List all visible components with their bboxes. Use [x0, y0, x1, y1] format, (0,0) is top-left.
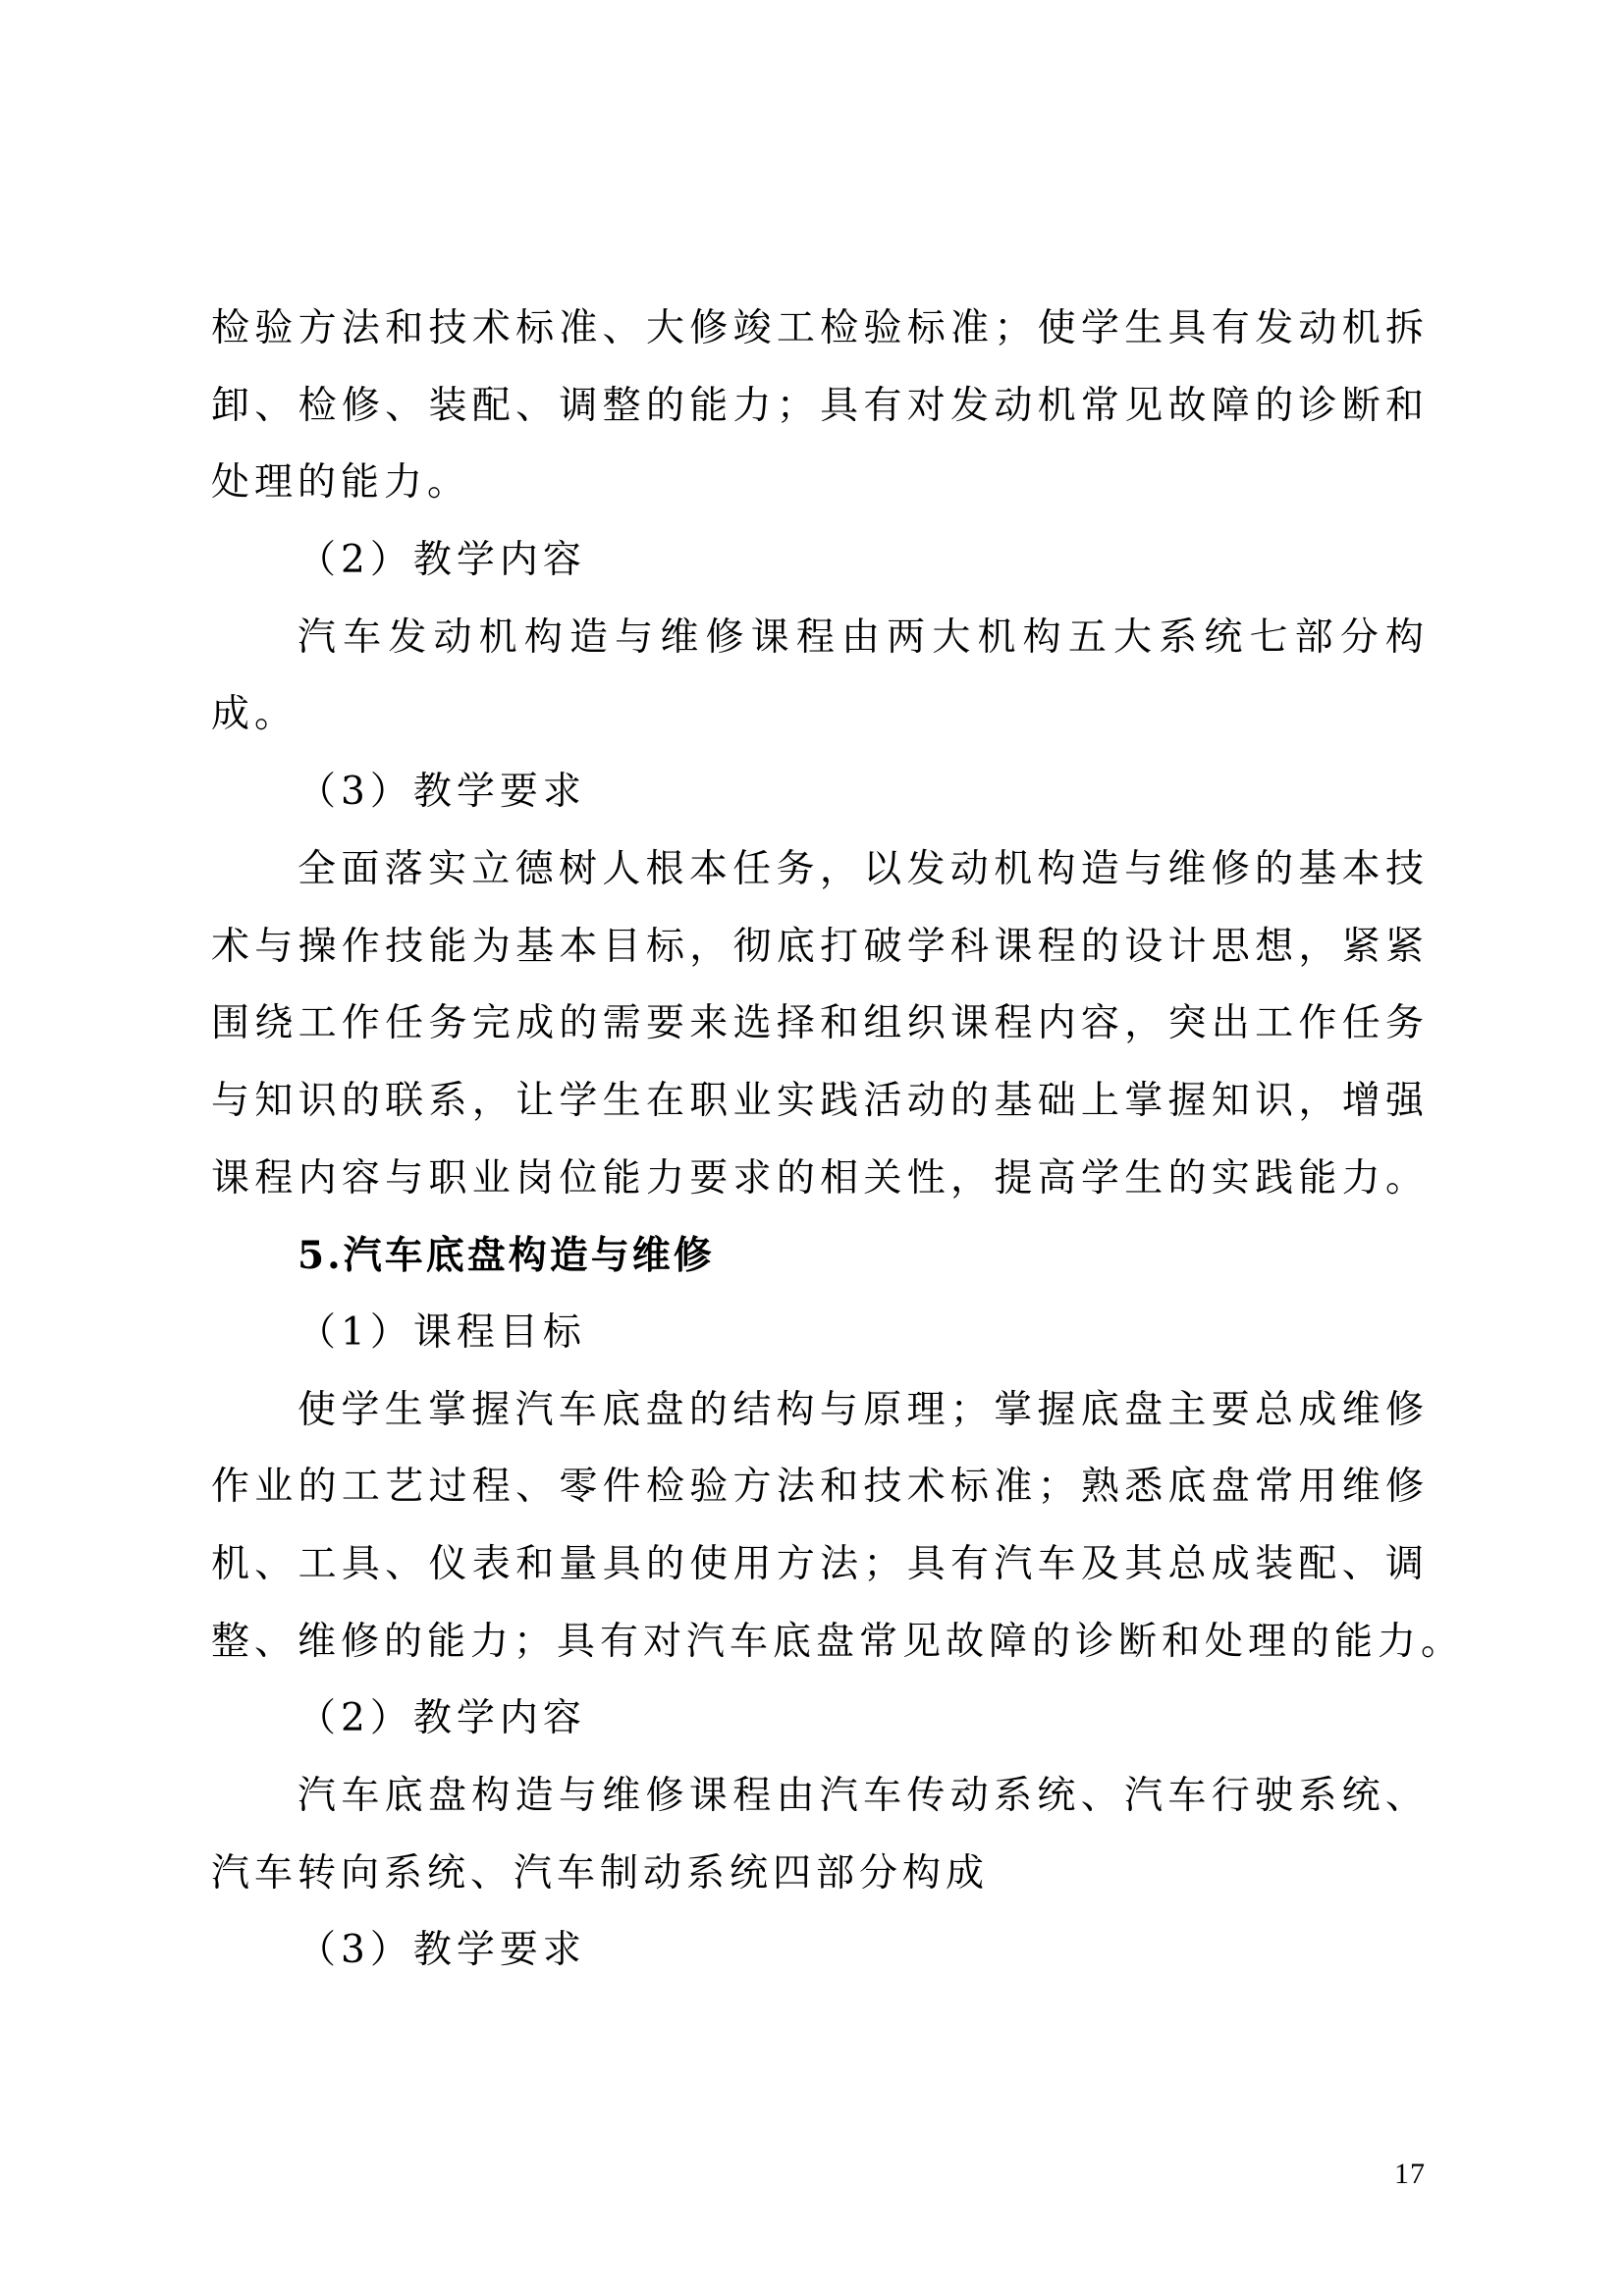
subsection-heading-teaching-requirements: （3）教学要求 [211, 754, 1429, 831]
subsection-heading-teaching-content: （2）教学内容 [211, 1681, 1429, 1758]
paragraph-line: 作业的工艺过程、零件检验方法和技术标准；熟悉底盘常用维修 [211, 1449, 1429, 1526]
document-page: 检验方法和技术标准、大修竣工检验标准；使学生具有发动机拆 卸、检修、装配、调整的… [0, 0, 1624, 2296]
paragraph-line: 处理的能力。 [211, 445, 1429, 522]
paragraph-line: 机、工具、仪表和量具的使用方法；具有汽车及其总成装配、调 [211, 1526, 1429, 1604]
paragraph-line: 使学生掌握汽车底盘的结构与原理；掌握底盘主要总成维修 [211, 1372, 1429, 1450]
section-heading-chassis: 5.汽车底盘构造与维修 [211, 1217, 1429, 1295]
paragraph-line: 汽车转向系统、汽车制动系统四部分构成 [211, 1836, 1429, 1913]
subsection-heading-course-objectives: （1）课程目标 [211, 1295, 1429, 1372]
paragraph-line: 成。 [211, 676, 1429, 754]
paragraph-line: 汽车底盘构造与维修课程由汽车传动系统、汽车行驶系统、 [211, 1758, 1429, 1836]
subsection-heading-teaching-requirements: （3）教学要求 [211, 1912, 1429, 1990]
paragraph-line: 卸、检修、装配、调整的能力；具有对发动机常见故障的诊断和 [211, 368, 1429, 446]
paragraph-line: 检验方法和技术标准、大修竣工检验标准；使学生具有发动机拆 [211, 291, 1429, 368]
paragraph-line: 与知识的联系，让学生在职业实践活动的基础上掌握知识，增强 [211, 1063, 1429, 1141]
subsection-heading-teaching-content: （2）教学内容 [211, 522, 1429, 600]
paragraph-line: 课程内容与职业岗位能力要求的相关性，提高学生的实践能力。 [211, 1141, 1429, 1218]
page-number: 17 [1394, 2158, 1426, 2191]
paragraph-line: 全面落实立德树人根本任务，以发动机构造与维修的基本技 [211, 831, 1429, 909]
paragraph-line: 整、维修的能力；具有对汽车底盘常见故障的诊断和处理的能力。 [211, 1604, 1429, 1682]
paragraph-line: 围绕工作任务完成的需要来选择和组织课程内容，突出工作任务 [211, 986, 1429, 1063]
paragraph-line: 术与操作技能为基本目标，彻底打破学科课程的设计思想，紧紧 [211, 909, 1429, 987]
body-text: 检验方法和技术标准、大修竣工检验标准；使学生具有发动机拆 卸、检修、装配、调整的… [211, 291, 1429, 1990]
paragraph-line: 汽车发动机构造与维修课程由两大机构五大系统七部分构 [211, 600, 1429, 677]
